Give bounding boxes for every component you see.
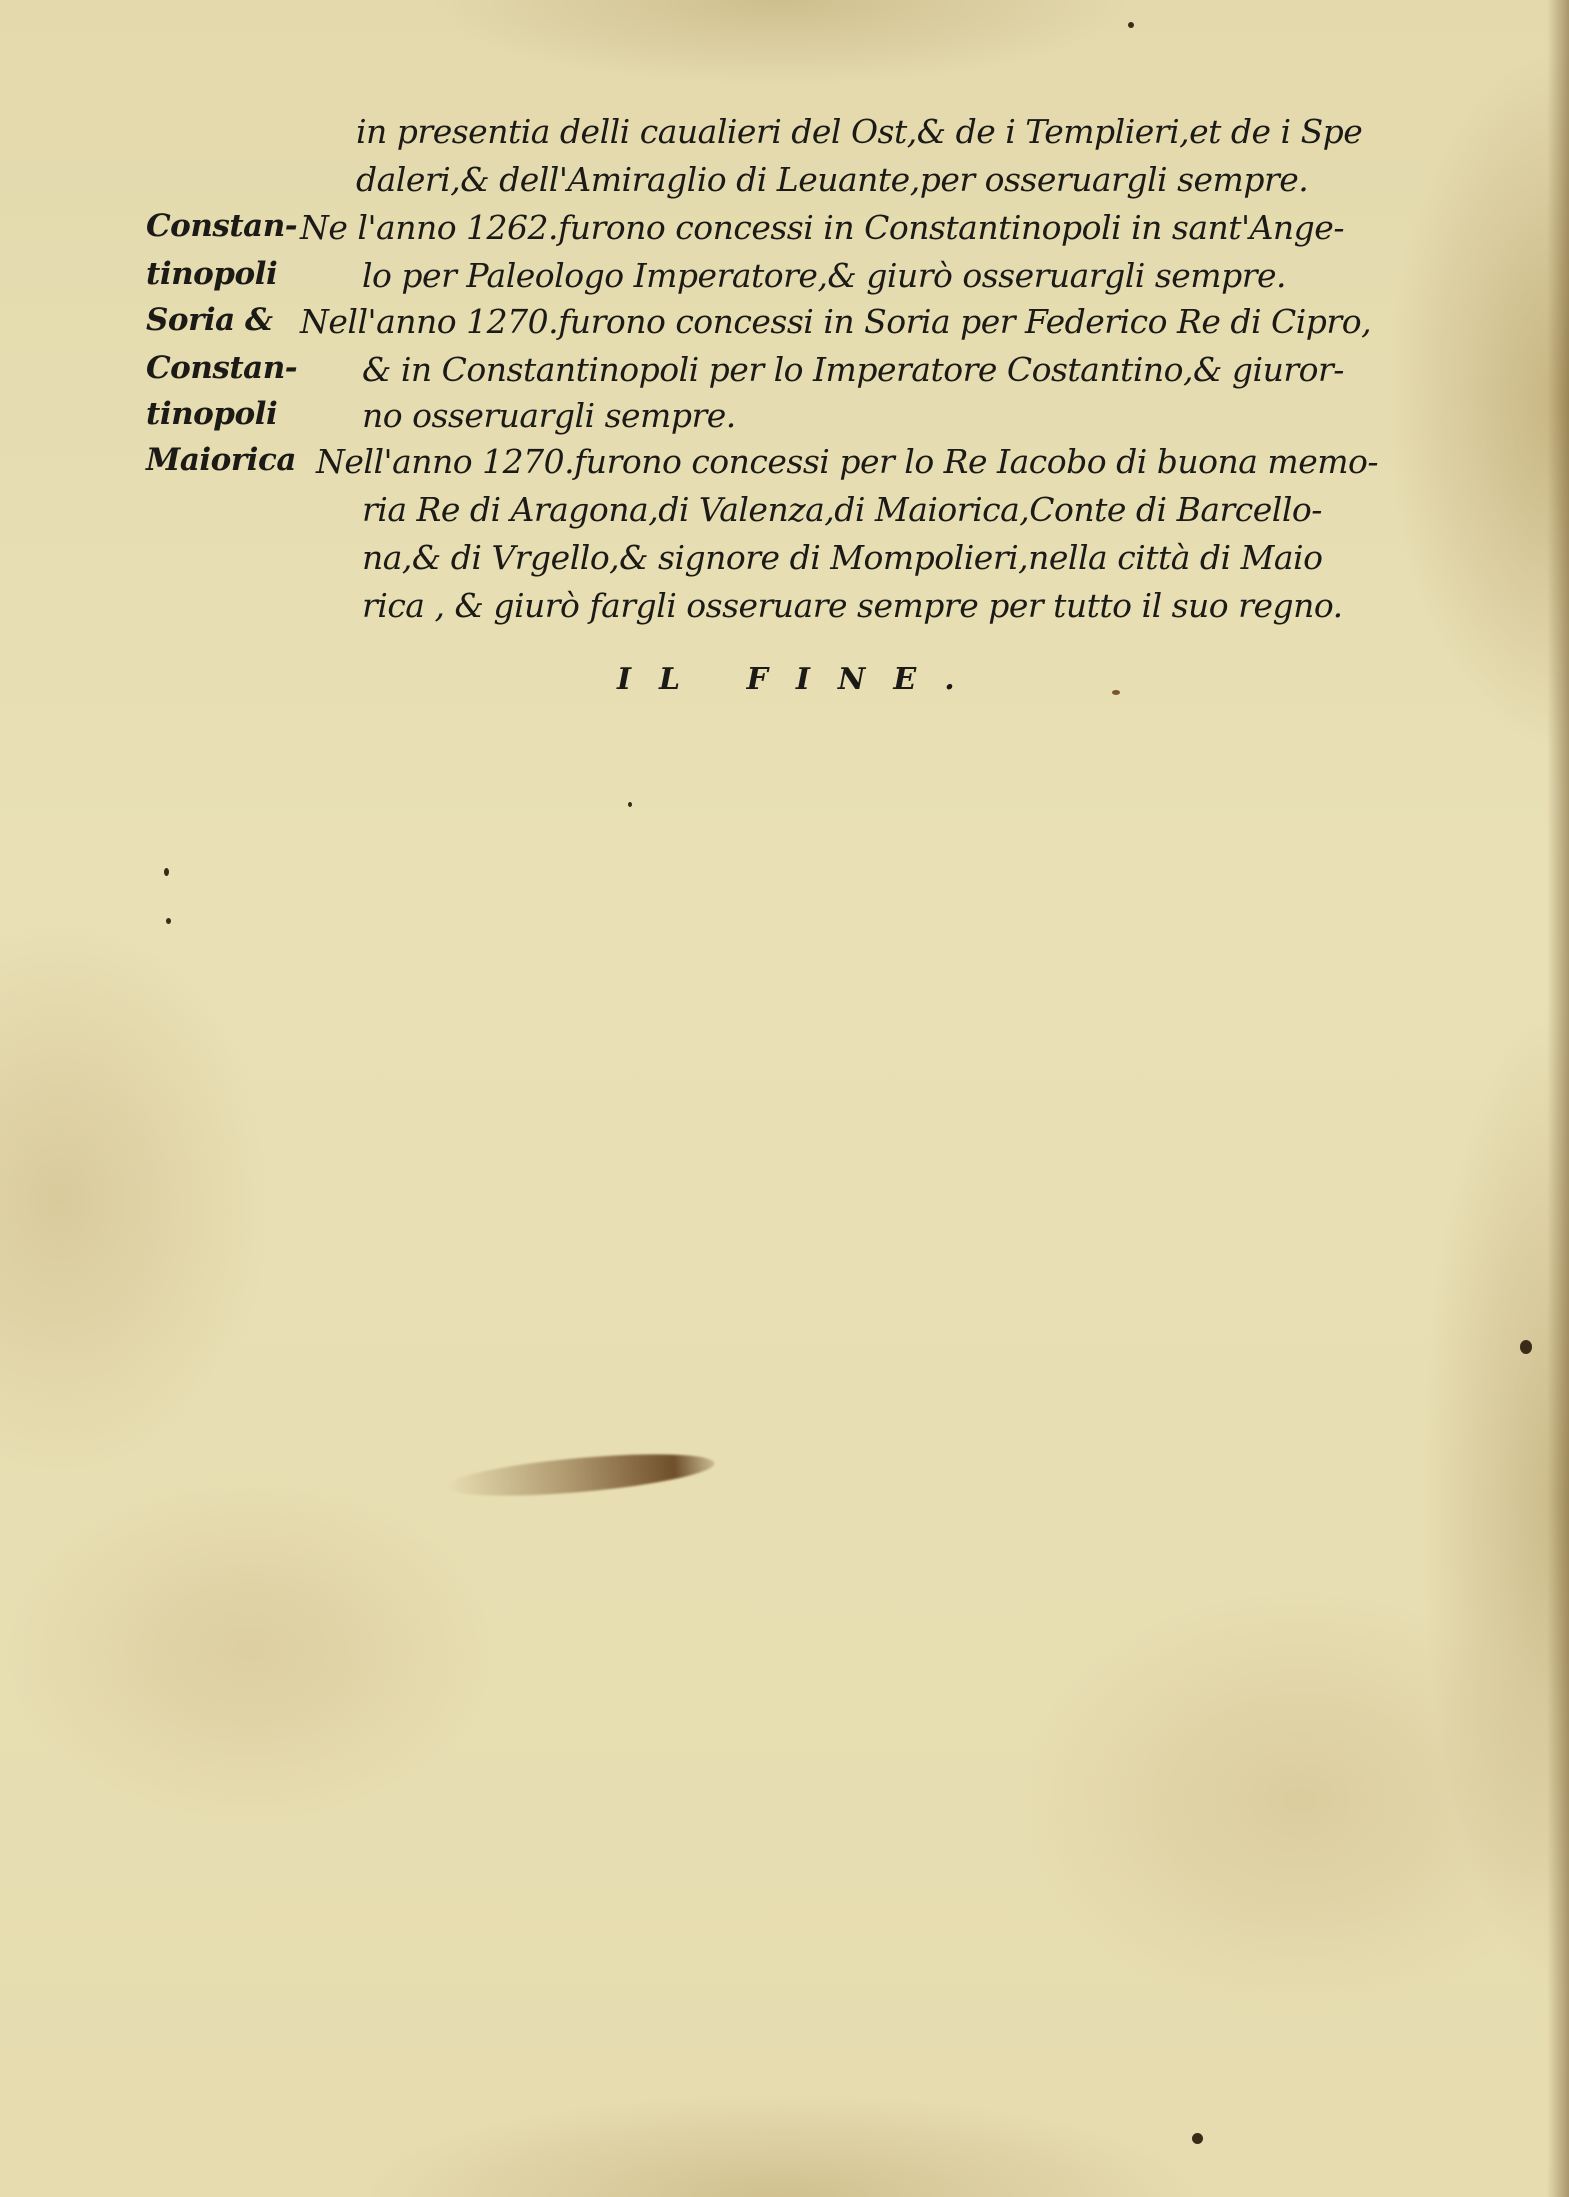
text-line: lo per Paleologo Imperatore,& giurò osse… xyxy=(362,256,1286,295)
text-line: Nell'anno 1270.furono concessi in Soria … xyxy=(300,302,1371,341)
book-page: in presentia delli caualieri del Ost,& d… xyxy=(0,0,1569,2197)
text-line: rica , & giurò fargli osseruare sempre p… xyxy=(362,586,1343,625)
text-line: & in Constantinopoli per lo Imperatore C… xyxy=(362,350,1344,389)
margin-note: Constan- xyxy=(146,350,297,386)
text-line: in presentia delli caualieri del Ost,& d… xyxy=(356,112,1362,151)
foxing-spot xyxy=(628,802,632,807)
closing-text: IL FINE. xyxy=(617,662,983,697)
text-line: Nell'anno 1270.furono concessi per lo Re… xyxy=(316,442,1378,481)
margin-note: Constan- xyxy=(146,208,297,244)
text-line: ria Re di Aragona,di Valenza,di Maiorica… xyxy=(362,490,1322,529)
foxing-spot xyxy=(1192,2133,1203,2144)
text-line: Ne l'anno 1262.furono concessi in Consta… xyxy=(300,208,1344,247)
foxing-spot xyxy=(1112,690,1120,695)
ink-stain xyxy=(444,1446,716,1503)
page-edge-shadow xyxy=(1547,0,1569,2197)
margin-note: Soria & xyxy=(146,302,273,338)
foxing-spot xyxy=(166,918,171,924)
text-line: daleri,& dell'Amiraglio di Leuante,per o… xyxy=(356,160,1308,199)
margin-note: tinopoli xyxy=(146,396,277,432)
foxing-spot xyxy=(1128,22,1134,28)
text-line: no osseruargli sempre. xyxy=(362,396,736,435)
foxing-spot xyxy=(1520,1340,1532,1354)
foxing-spot xyxy=(164,868,169,876)
margin-note: tinopoli xyxy=(146,256,277,292)
text-line: na,& di Vrgello,& signore di Mompolieri,… xyxy=(362,538,1322,577)
margin-note: Maiorica xyxy=(146,442,296,478)
